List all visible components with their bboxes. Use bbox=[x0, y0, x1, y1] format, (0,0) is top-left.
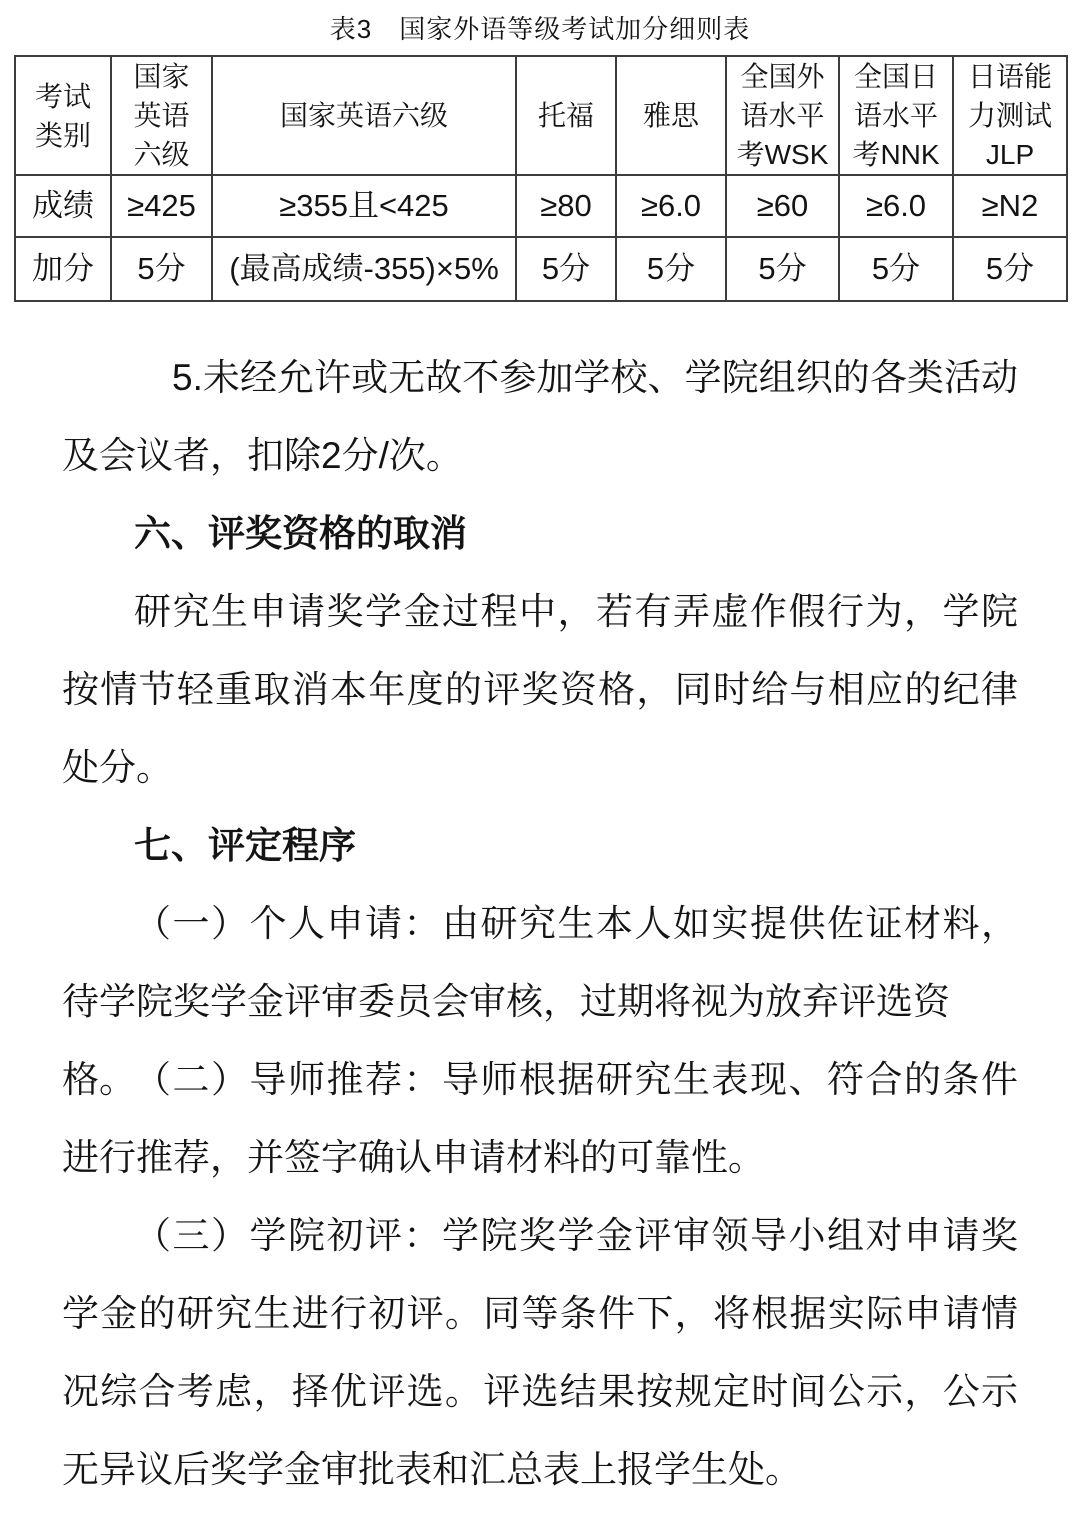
score-cell: ≥425 bbox=[111, 175, 212, 237]
bonus-cell: 5分 bbox=[616, 237, 726, 301]
bonus-cell: (最高成绩-355)×5% bbox=[212, 237, 516, 301]
text-line: （二）导师推荐：导师根据研究生表现、符合的条件 bbox=[62, 1041, 1018, 1119]
header-cell-cet6-range: 国家英语六级 bbox=[212, 56, 516, 175]
table-header-row: 考试 类别 国家 英语 六级 国家英语六级 托福 雅思 全国外 语水平 考WSK… bbox=[15, 56, 1067, 175]
header-cell-cet6: 国家 英语 六级 bbox=[111, 56, 212, 175]
text-line: 况综合考虑，择优评选。评选结果按规定时间公示，公示 bbox=[62, 1353, 1018, 1431]
bonus-rules-table: 考试 类别 国家 英语 六级 国家英语六级 托福 雅思 全国外 语水平 考WSK… bbox=[14, 55, 1068, 302]
body-text: 5.未经允许或无故不参加学校、学院组织的各类活动 及会议者，扣除2分/次。 六、… bbox=[62, 339, 1018, 1509]
row-label-bonus: 加分 bbox=[15, 237, 111, 301]
score-cell: ≥80 bbox=[516, 175, 616, 237]
header-cell-exam-category: 考试 类别 bbox=[15, 56, 111, 175]
text-line: 按情节轻重取消本年度的评奖资格，同时给与相应的纪律 bbox=[62, 651, 1018, 729]
row-label-score: 成绩 bbox=[15, 175, 111, 237]
bonus-cell: 5分 bbox=[111, 237, 212, 301]
score-cell: ≥60 bbox=[726, 175, 839, 237]
score-cell: ≥6.0 bbox=[616, 175, 726, 237]
bonus-cell: 5分 bbox=[953, 237, 1067, 301]
table-row-bonus: 加分 5分 (最高成绩-355)×5% 5分 5分 5分 5分 5分 bbox=[15, 237, 1067, 301]
score-cell: ≥6.0 bbox=[839, 175, 953, 237]
text-line: 无异议后奖学金审批表和汇总表上报学生处。 bbox=[62, 1431, 1018, 1509]
score-cell: ≥N2 bbox=[953, 175, 1067, 237]
text-line: （一）个人申请：由研究生本人如实提供佐证材料， bbox=[62, 885, 1018, 963]
text-line: 5.未经允许或无故不参加学校、学院组织的各类活动 bbox=[62, 339, 1018, 417]
table-caption: 表3 国家外语等级考试加分细则表 bbox=[0, 12, 1080, 46]
bonus-cell: 5分 bbox=[516, 237, 616, 301]
score-cell: ≥355且<425 bbox=[212, 175, 516, 237]
header-cell-ielts: 雅思 bbox=[616, 56, 726, 175]
text-line: 及会议者，扣除2分/次。 bbox=[62, 417, 1018, 495]
text-line: 研究生申请奖学金过程中，若有弄虚作假行为，学院 bbox=[62, 573, 1018, 651]
bonus-cell: 5分 bbox=[726, 237, 839, 301]
table-row-score: 成绩 ≥425 ≥355且<425 ≥80 ≥6.0 ≥60 ≥6.0 ≥N2 bbox=[15, 175, 1067, 237]
header-cell-jlpt: 日语能 力测试 JLP bbox=[953, 56, 1067, 175]
bonus-cell: 5分 bbox=[839, 237, 953, 301]
text-line: 进行推荐，并签字确认申请材料的可靠性。 bbox=[62, 1119, 1018, 1197]
text-line: 处分。 bbox=[62, 729, 1018, 807]
section-heading: 六、评奖资格的取消 bbox=[62, 495, 1018, 573]
header-cell-nnk: 全国日 语水平 考NNK bbox=[839, 56, 953, 175]
header-cell-toefl: 托福 bbox=[516, 56, 616, 175]
section-heading: 七、评定程序 bbox=[62, 807, 1018, 885]
document-page: 表3 国家外语等级考试加分细则表 考试 类别 国家 英语 六级 国家英语六级 托… bbox=[0, 0, 1080, 1524]
text-line: （三）学院初评：学院奖学金评审领导小组对申请奖 bbox=[62, 1197, 1018, 1275]
text-line: 学金的研究生进行初评。同等条件下，将根据实际申请情 bbox=[62, 1275, 1018, 1353]
text-line: 待学院奖学金评审委员会审核，过期将视为放弃评选资格。 bbox=[62, 963, 1018, 1041]
header-cell-wsk: 全国外 语水平 考WSK bbox=[726, 56, 839, 175]
